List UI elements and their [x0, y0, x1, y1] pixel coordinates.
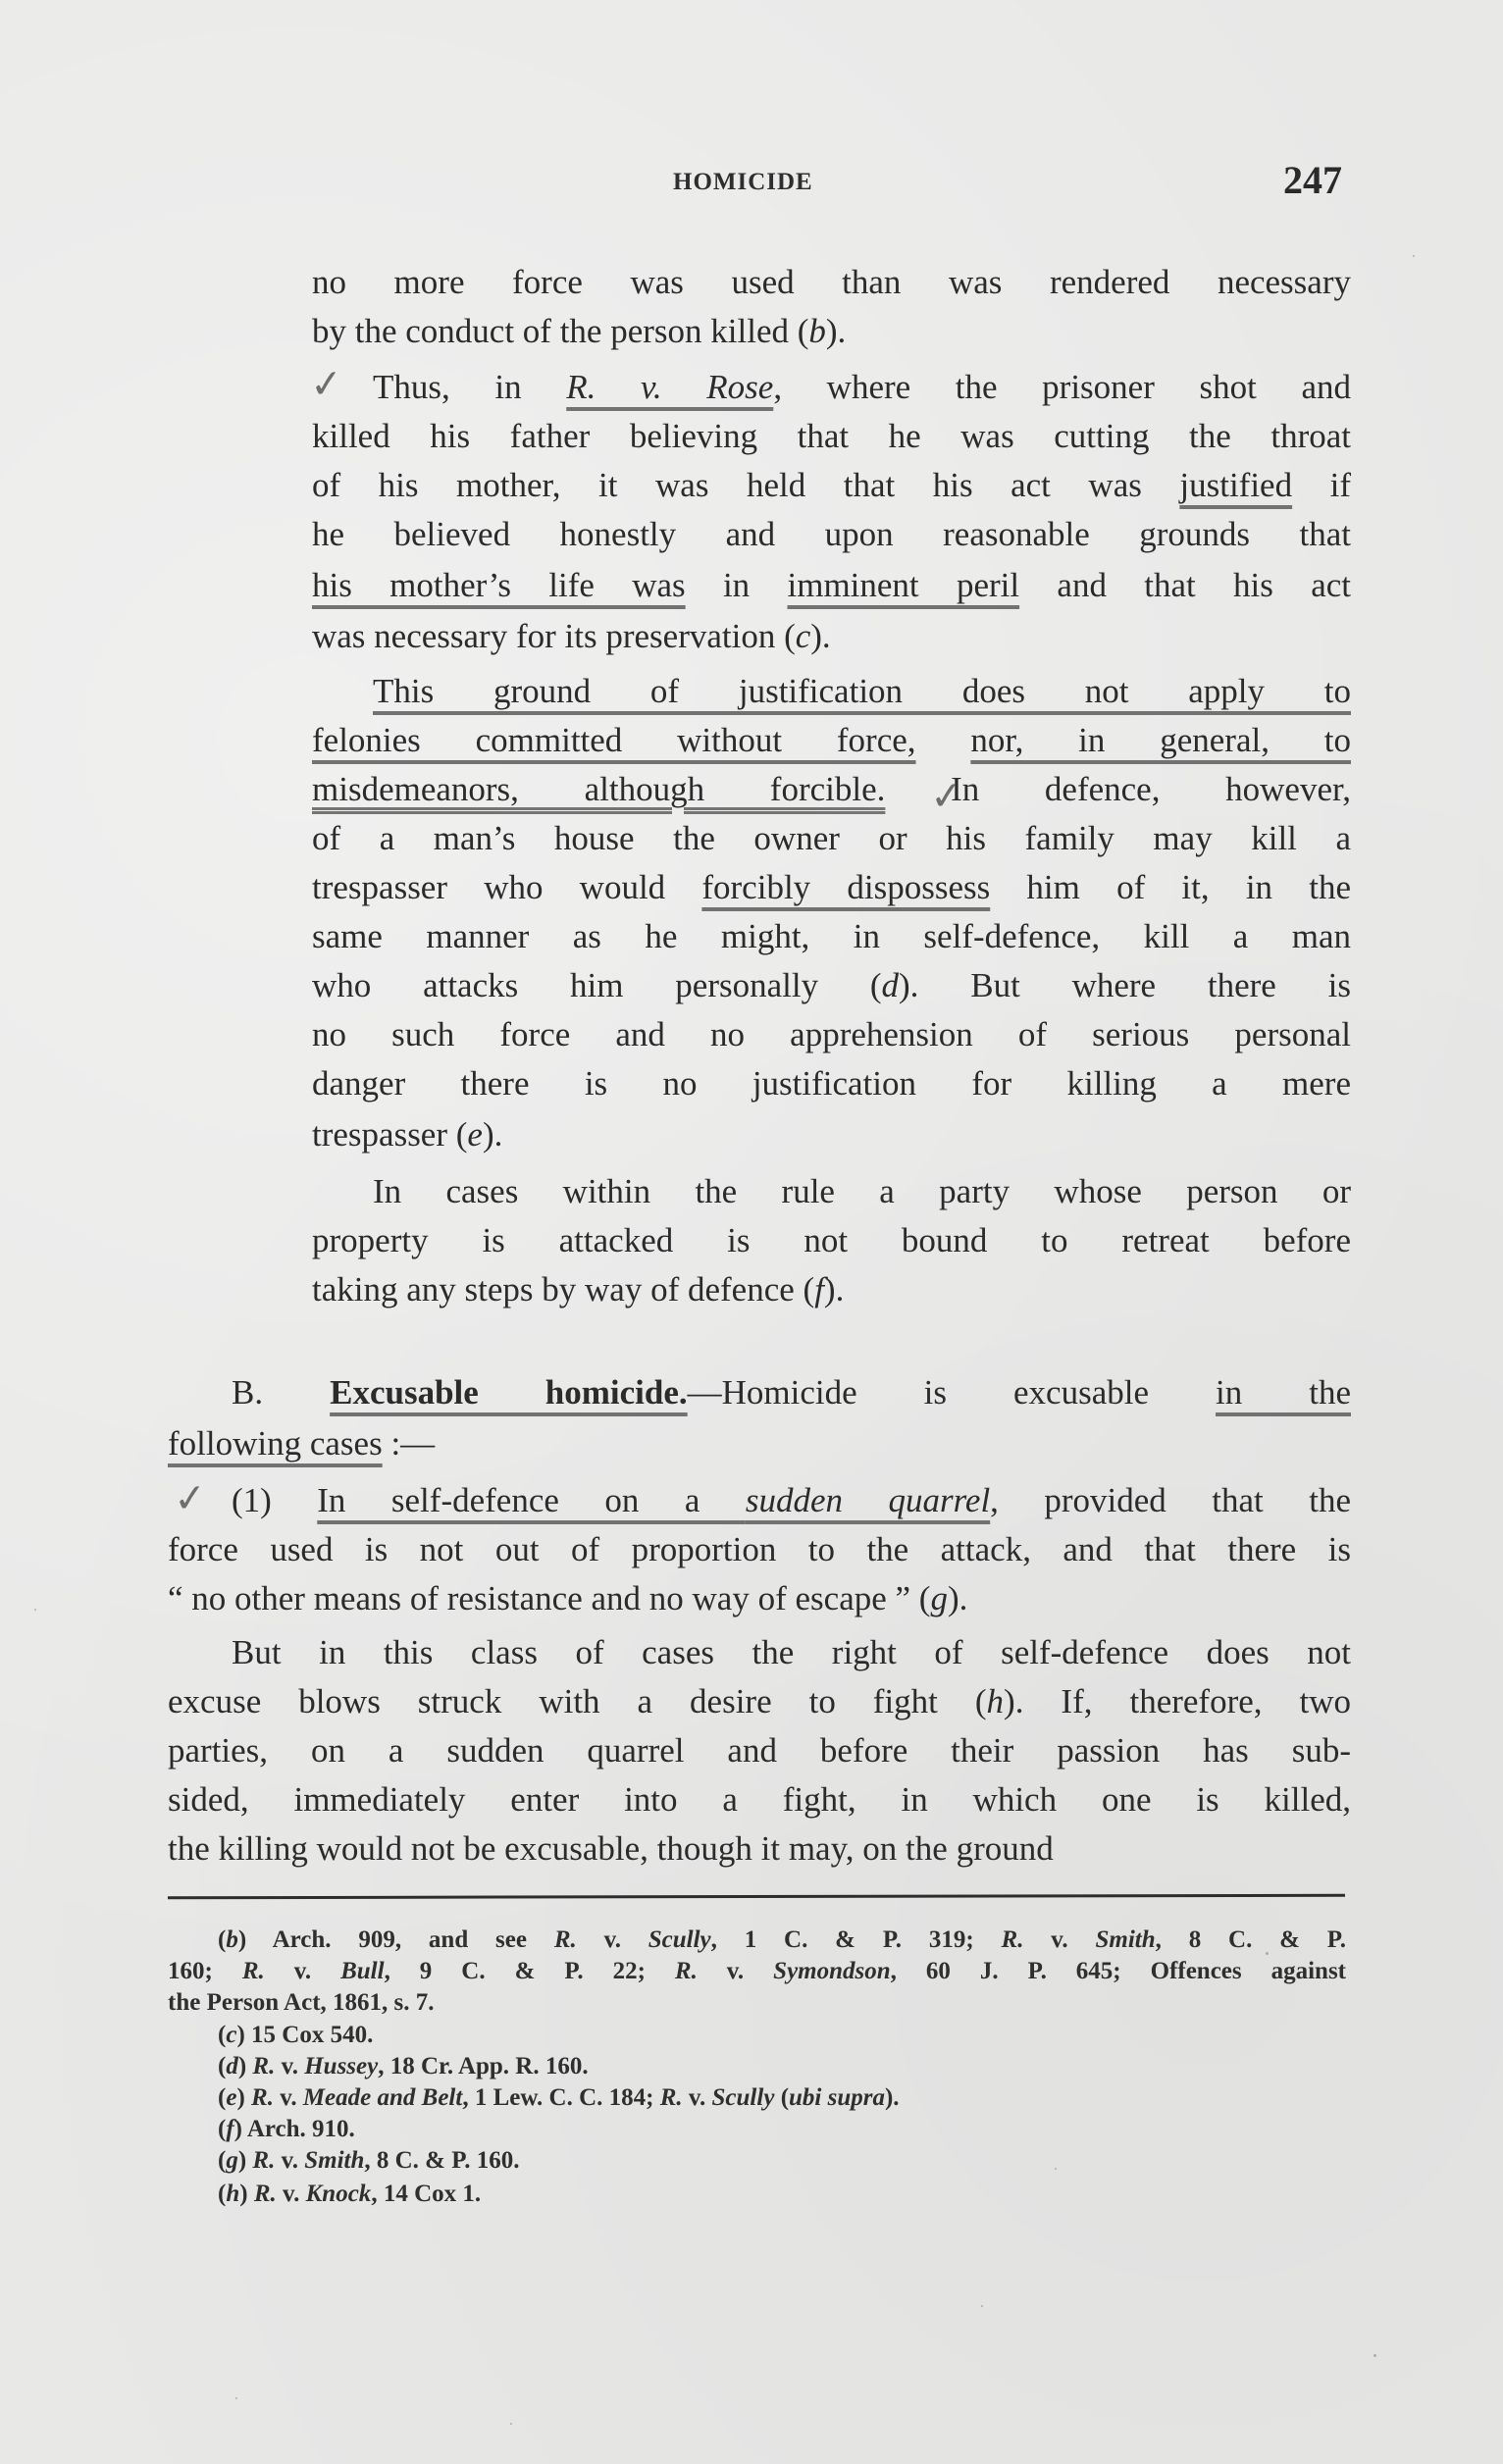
text-segment: 160;	[168, 1958, 242, 1984]
text-segment: v.	[698, 1958, 773, 1984]
text-line: the killing would not be excusable, thou…	[168, 1829, 1351, 1869]
text-line: who attacks him personally (d). But wher…	[312, 966, 1351, 1005]
text-segment: sided, immediately enter into a fight, i…	[168, 1780, 1351, 1819]
text-segment: killed his father believing that he was …	[312, 417, 1351, 455]
text-line: no more force was used than was rendered…	[312, 263, 1351, 302]
text-line: was necessary for its preservation (c).	[312, 617, 1351, 656]
pencil-checkmark-icon: ✓	[309, 364, 344, 405]
italic-text: e	[226, 2084, 236, 2111]
text-segment: )	[238, 2147, 253, 2174]
italic-text: Meade and Belt	[303, 2084, 463, 2111]
text-line: his mother’s life was in imminent peril …	[312, 566, 1351, 605]
italic-text: Knock	[306, 2181, 372, 2207]
italic-text: R.	[251, 2084, 274, 2111]
italic-text: g	[226, 2147, 238, 2174]
text-line: parties, on a sudden quarrel and before …	[168, 1731, 1351, 1771]
italic-text: h	[987, 1682, 1005, 1720]
italic-text: R.	[252, 2147, 275, 2174]
text-segment: , where the prisoner shot and	[773, 368, 1351, 406]
text-segment: , 1 C. & P. 319;	[711, 1926, 1002, 1953]
book-page: HOMICIDE 247 no more force was used than…	[0, 0, 1503, 2464]
text-line: of his mother, it was held that his act …	[312, 466, 1351, 505]
text-segment: same manner as he might, in self-defence…	[312, 917, 1351, 955]
footnote-g-line: (g) R. v. Smith, 8 C. & P. 160.	[218, 2146, 1346, 2176]
italic-text: R.	[1002, 1926, 1024, 1953]
text-segment: v.	[683, 2084, 712, 2111]
text-segment: ) 15 Cox 540.	[236, 2022, 373, 2048]
text-segment	[916, 721, 971, 759]
text-segment: the killing would not be excusable, thou…	[168, 1829, 1054, 1868]
footnote-b-line: the Person Act, 1861, s. 7.	[168, 1988, 1346, 2018]
text-segment: , 9 C. & P. 22;	[385, 1958, 675, 1984]
text-segment: danger there is no justification for kil…	[312, 1064, 1351, 1103]
text-segment: ).	[948, 1579, 967, 1617]
text-segment: , 1 Lew. C. C. 184;	[462, 2084, 659, 2111]
text-segment: no such force and no apprehension of ser…	[312, 1015, 1351, 1053]
text-line: Thus, in R. v. Rose, where the prisoner …	[373, 368, 1351, 407]
text-segment: v.	[275, 2147, 304, 2174]
italic-text: f	[226, 2116, 233, 2142]
italic-text: d	[882, 966, 900, 1004]
text-segment: v.	[275, 2053, 304, 2079]
text-line: excuse blows struck with a desire to fig…	[168, 1682, 1351, 1721]
paper-speck	[1266, 1952, 1269, 1955]
text-segment: v.	[274, 2084, 303, 2111]
underlined-text: in the	[1216, 1373, 1351, 1412]
italic-text: Bull	[340, 1958, 384, 1984]
text-segment: But in this class of cases the right of …	[232, 1633, 1351, 1671]
text-segment: ). If, therefore, two	[1004, 1682, 1351, 1720]
text-segment: “ no other means of resistance and no wa…	[168, 1579, 930, 1617]
text-segment: no more force was used than was rendered…	[312, 263, 1351, 301]
text-line: B. Excusable homicide.—Homicide is excus…	[232, 1373, 1351, 1412]
text-line: But in this class of cases the right of …	[232, 1633, 1351, 1672]
underlined-text: sudden quarrel	[746, 1481, 990, 1519]
text-line: of a man’s house the owner or his family…	[312, 819, 1351, 858]
italic-text: Smith	[1095, 1926, 1155, 1953]
text-segment: property is attacked is not bound to ret…	[312, 1221, 1351, 1259]
text-segment: excuse blows struck with a desire to fig…	[168, 1682, 987, 1720]
text-segment: v.	[265, 1958, 340, 1984]
italic-text: Hussey	[304, 2053, 378, 2079]
text-segment: v.	[577, 1926, 648, 1953]
italic-text: d	[226, 2053, 238, 2079]
text-line: (1) In self-defence on a sudden quarrel,…	[232, 1481, 1351, 1520]
paper-speck	[1373, 2354, 1376, 2357]
italic-text: b	[226, 1926, 238, 1953]
text-line: felonies committed without force, nor, i…	[312, 721, 1351, 760]
text-line: taking any steps by way of defence (f).	[312, 1270, 1351, 1309]
underlined-text: his mother’s life was	[312, 566, 686, 604]
underlined-text: R. v. Rose	[566, 368, 773, 406]
italic-text: Scully	[712, 2084, 775, 2111]
text-line: “ no other means of resistance and no wa…	[168, 1579, 1351, 1618]
paper-speck	[981, 2305, 983, 2307]
page-number: 247	[1283, 157, 1342, 203]
text-segment: In cases within the rule a party whose p…	[373, 1172, 1351, 1210]
text-segment: , 8 C. & P. 160.	[364, 2147, 519, 2174]
italic-text: c	[226, 2022, 236, 2048]
underlined-text: felonies committed without force,	[312, 721, 916, 759]
footnote-b-line: 160; R. v. Bull, 9 C. & P. 22; R. v. Sym…	[168, 1957, 1346, 1986]
text-segment: trespasser (	[312, 1115, 467, 1154]
text-segment: , 14 Cox 1.	[371, 2181, 481, 2207]
text-segment: ).	[826, 312, 846, 350]
text-segment: was necessary for its preservation (	[312, 617, 796, 655]
italic-text: Smith	[304, 2147, 364, 2174]
italic-text: h	[226, 2181, 239, 2207]
text-line: danger there is no justification for kil…	[312, 1064, 1351, 1104]
italic-text: R.	[242, 1958, 265, 1984]
text-segment: in	[686, 566, 788, 604]
text-segment: he believed honestly and upon reasonable…	[312, 515, 1351, 553]
underlined-text: imminent peril	[788, 566, 1020, 604]
text-line: trespasser (e).	[312, 1115, 1351, 1155]
italic-text: R.	[252, 2053, 275, 2079]
paper-speck	[1055, 2168, 1057, 2170]
running-title: HOMICIDE	[673, 169, 813, 196]
text-line: force used is not out of proportion to t…	[168, 1530, 1351, 1569]
italic-text: g	[930, 1579, 948, 1617]
text-segment: ).	[824, 1270, 844, 1309]
text-segment: force used is not out of proportion to t…	[168, 1530, 1351, 1568]
text-segment: (1)	[232, 1481, 317, 1519]
text-line: sided, immediately enter into a fight, i…	[168, 1780, 1351, 1820]
text-segment: —Homicide is excusable	[688, 1373, 1216, 1412]
underlined-text: forcibly dispossess	[701, 868, 990, 906]
underlined-text: Excusable homicide.	[330, 1373, 688, 1412]
text-line: same manner as he might, in self-defence…	[312, 917, 1351, 956]
text-segment: ) Arch. 910.	[234, 2116, 355, 2142]
pencil-checkmark-icon: ✓	[173, 1478, 208, 1519]
italic-text: b	[808, 312, 826, 350]
italic-text: R.	[660, 2084, 683, 2111]
footnote-c-line: (c) 15 Cox 540.	[218, 2021, 1346, 2050]
footnote-b-line: (b) Arch. 909, and see R. v. Scully, 1 C…	[218, 1925, 1346, 1955]
text-line: In cases within the rule a party whose p…	[373, 1172, 1351, 1211]
underlined-text: following cases	[168, 1424, 383, 1463]
text-line: killed his father believing that he was …	[312, 417, 1351, 456]
text-segment: , 60 J. P. 645; Offences against	[891, 1958, 1346, 1984]
text-segment: ). But where there is	[899, 966, 1351, 1004]
text-segment: v.	[277, 2181, 306, 2207]
text-segment: , 8 C. & P.	[1156, 1926, 1346, 1953]
underlined-text: nor, in general, to	[970, 721, 1351, 759]
underlined-text: In self-defence on a	[317, 1481, 746, 1519]
underlined-text: misdemeanors, although forcible.	[312, 770, 885, 808]
italic-text: R.	[554, 1926, 577, 1953]
text-segment: if	[1292, 466, 1351, 504]
paper-speck	[235, 2397, 237, 2399]
text-segment: (	[774, 2084, 789, 2111]
italic-text: Symondson	[773, 1958, 890, 1984]
text-line: trespasser who would forcibly dispossess…	[312, 868, 1351, 907]
footnote-e-line: (e) R. v. Meade and Belt, 1 Lew. C. C. 1…	[218, 2083, 1346, 2113]
italic-text: Scully	[648, 1926, 711, 1953]
italic-text: R.	[254, 2181, 277, 2207]
paper-speck	[510, 2423, 512, 2425]
text-segment: the Person Act, 1861, s. 7.	[168, 1989, 435, 2016]
text-line: by the conduct of the person killed (b).	[312, 312, 1351, 351]
text-segment: taking any steps by way of defence (	[312, 1270, 814, 1309]
text-line: following cases :—	[168, 1424, 1351, 1463]
text-segment: ) Arch. 909, and see	[238, 1926, 554, 1953]
text-segment: B.	[232, 1373, 330, 1412]
text-segment: of a man’s house the owner or his family…	[312, 819, 1351, 857]
text-line: This ground of justification does not ap…	[373, 672, 1351, 711]
italic-text: ubi supra	[789, 2084, 885, 2111]
text-segment: ).	[810, 617, 830, 655]
text-line: he believed honestly and upon reasonable…	[312, 515, 1351, 554]
underlined-text: This ground of justification does not ap…	[373, 672, 1351, 710]
paper-speck	[1413, 255, 1415, 257]
text-line: no such force and no apprehension of ser…	[312, 1015, 1351, 1054]
text-segment: v.	[1023, 1926, 1095, 1953]
text-segment: ).	[885, 2084, 900, 2111]
footnote-rule	[168, 1894, 1345, 1900]
text-segment: of his mother, it was held that his act …	[312, 466, 1179, 504]
text-segment: by the conduct of the person killed (	[312, 312, 808, 350]
text-segment: ).	[483, 1115, 502, 1154]
text-segment: him of it, in the	[990, 868, 1351, 906]
text-segment: and that his act	[1019, 566, 1351, 604]
text-segment: )	[236, 2084, 251, 2111]
text-segment: )	[238, 2053, 253, 2079]
text-segment: )	[239, 2181, 254, 2207]
text-segment: , 18 Cr. App. R. 160.	[378, 2053, 588, 2079]
italic-text: c	[796, 617, 811, 655]
text-line: misdemeanors, although forcible. In defe…	[312, 770, 1351, 809]
footnote-h-line: (h) R. v. Knock, 14 Cox 1.	[218, 2180, 1346, 2209]
italic-text: f	[814, 1270, 824, 1309]
pencil-checkmark-icon: ✓	[929, 776, 964, 817]
text-segment: parties, on a sudden quarrel and before …	[168, 1731, 1351, 1770]
footnote-d-line: (d) R. v. Hussey, 18 Cr. App. R. 160.	[218, 2052, 1346, 2081]
paper-speck	[34, 1609, 36, 1611]
text-segment: :—	[383, 1424, 435, 1463]
text-segment: , provided that the	[990, 1481, 1351, 1519]
underlined-text: justified	[1179, 466, 1292, 504]
text-segment: Thus, in	[373, 368, 566, 406]
italic-text: R.	[675, 1958, 698, 1984]
text-line: property is attacked is not bound to ret…	[312, 1221, 1351, 1260]
text-segment: trespasser who would	[312, 868, 701, 906]
text-segment: who attacks him personally (	[312, 966, 882, 1004]
italic-text: e	[467, 1115, 483, 1154]
footnote-f-line: (f) Arch. 910.	[218, 2115, 1346, 2144]
